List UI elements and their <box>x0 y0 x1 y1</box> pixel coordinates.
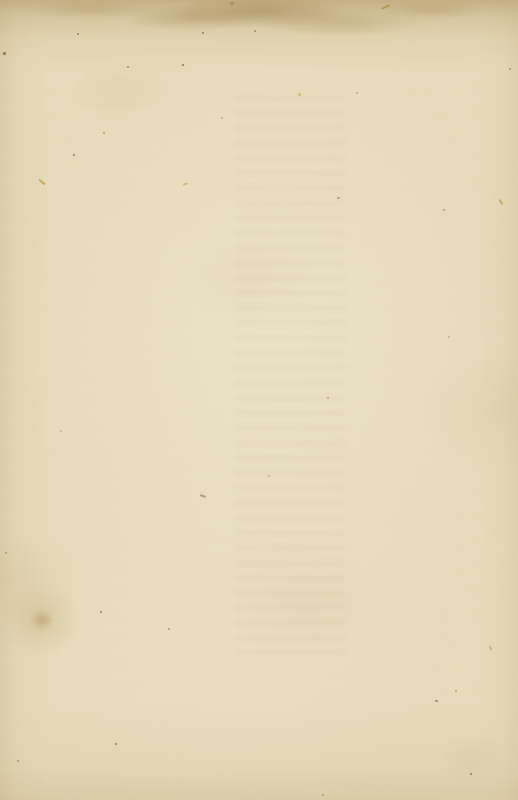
paper-fiber <box>489 645 492 650</box>
paper-speck <box>230 2 234 5</box>
paper-speck <box>337 197 340 199</box>
paper-speck <box>298 93 301 96</box>
paper-fiber <box>183 182 188 185</box>
paper-speck <box>168 628 170 630</box>
paper-speck <box>509 68 511 70</box>
paper-speck <box>221 117 223 119</box>
paper-mottling <box>0 0 518 800</box>
paper-speck <box>254 30 256 32</box>
foxing-spot <box>34 613 50 627</box>
paper-speck <box>3 52 6 55</box>
paper-speck <box>470 773 472 775</box>
paper-fiber <box>498 199 503 205</box>
paper-speck <box>73 154 75 156</box>
paper-center-highlight <box>0 0 518 800</box>
paper-speck <box>435 700 438 702</box>
paper-speck <box>5 552 7 554</box>
paper-speck <box>448 336 450 338</box>
paper-speck <box>356 92 358 94</box>
paper-grain-texture <box>0 0 518 800</box>
aged-paper-page <box>0 0 518 800</box>
show-through-ghost <box>235 95 345 655</box>
top-edge-stain <box>0 0 518 70</box>
paper-speck <box>182 64 184 66</box>
paper-fiber <box>200 494 206 498</box>
paper-speck <box>322 794 324 796</box>
paper-fiber <box>38 179 45 186</box>
specks-layer <box>0 0 518 800</box>
paper-speck <box>77 33 79 35</box>
paper-speck <box>455 690 457 692</box>
paper-fiber <box>381 4 390 10</box>
paper-speck <box>443 209 445 211</box>
paper-speck <box>268 475 270 477</box>
paper-speck <box>100 611 102 613</box>
edge-vignette <box>0 0 518 800</box>
paper-speck <box>115 743 117 745</box>
paper-speck <box>60 430 62 432</box>
paper-speck <box>202 32 204 34</box>
paper-speck <box>127 66 129 68</box>
paper-speck <box>103 132 105 134</box>
paper-speck <box>327 397 329 399</box>
paper-speck <box>17 760 19 762</box>
